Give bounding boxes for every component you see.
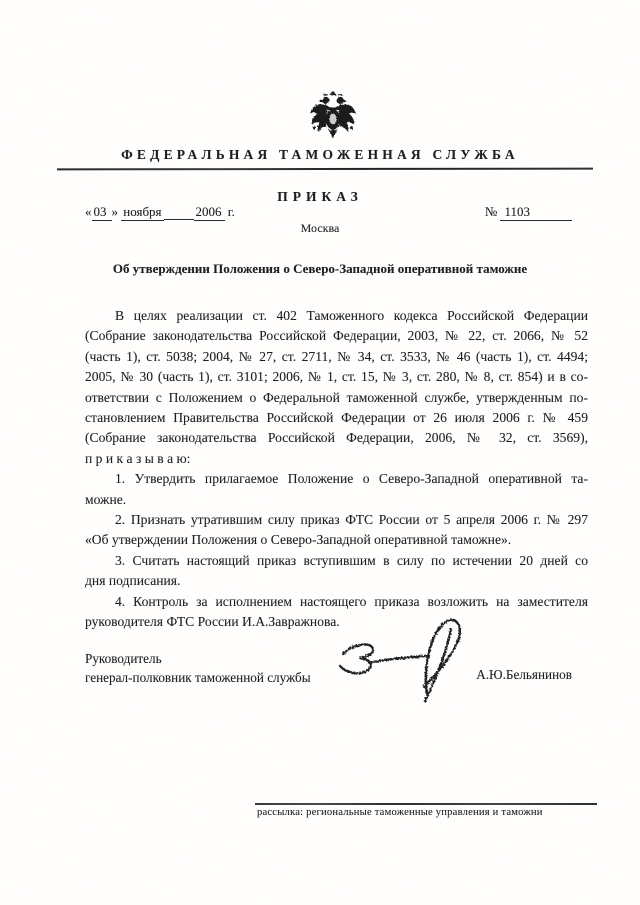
date-number-row: «03» ноября2006 г. № 1103	[85, 204, 590, 220]
signer-position: Руководитель генерал-полковник таможенно…	[85, 649, 311, 687]
order-item-4: 4. Контроль за исполнением настоящего пр…	[85, 592, 588, 612]
number-value: 1103	[500, 204, 572, 221]
close-quote: »	[112, 204, 119, 219]
order-item-3-cont: дня подписания.	[85, 571, 588, 591]
coat-of-arms-eagle-icon	[306, 89, 360, 143]
doc-type-heading: ПРИКАЗ	[0, 189, 640, 205]
order-item-2-cont: «Об утверждении Положения о Северо-Запад…	[85, 530, 588, 550]
scanned-order-page: ФЕДЕРАЛЬНАЯ ТАМОЖЕННАЯ СЛУЖБА ПРИКАЗ «03…	[0, 0, 640, 905]
city: Москва	[0, 221, 640, 236]
year-suffix: г.	[228, 204, 235, 219]
doc-date-year: 2006	[194, 204, 225, 221]
distribution-note: рассылка: региональные таможенные управл…	[257, 807, 543, 818]
org-name: ФЕДЕРАЛЬНАЯ ТАМОЖЕННАЯ СЛУЖБА	[0, 147, 640, 163]
date-blank-line	[164, 206, 194, 220]
header-rule	[57, 168, 593, 171]
body-line: ответствии с Положением о Федеральной та…	[85, 388, 588, 408]
body-line: (часть 1), ст. 5038; 2004, № 27, ст. 271…	[85, 347, 588, 367]
order-title: Об утверждении Положения о Северо-Западн…	[70, 261, 570, 277]
body-line: (Собрание законодательства Российской Фе…	[85, 428, 588, 448]
body-line: 2005, № 30 (часть 1), ст. 3101; 2006, № …	[85, 367, 588, 387]
number-label: №	[485, 204, 497, 219]
doc-date-day: 03	[92, 204, 112, 221]
order-body: В целях реализации ст. 402 Таможенного к…	[85, 306, 588, 633]
doc-number: № 1103	[485, 204, 572, 220]
signer-name: А.Ю.Бельянинов	[476, 667, 572, 683]
body-line: (Собрание законодательства Российской Фе…	[85, 326, 588, 346]
doc-date: «03» ноября2006 г.	[85, 204, 235, 220]
body-line: В целях реализации ст. 402 Таможенного к…	[85, 306, 588, 326]
signer-position-line1: Руководитель	[85, 649, 311, 668]
open-quote: «	[85, 204, 92, 219]
order-item-1: 1. Утвердить прилагаемое Положение о Сев…	[85, 469, 588, 489]
doc-date-month: ноября	[121, 204, 163, 221]
order-item-1-cont: можне.	[85, 490, 588, 510]
body-line: становлением Правительства Российской Фе…	[85, 408, 588, 428]
signer-position-line2: генерал-полковник таможенной службы	[85, 668, 311, 687]
handwritten-signature-icon	[323, 612, 481, 708]
order-item-2: 2. Признать утратившим силу приказ ФТС Р…	[85, 510, 588, 530]
order-item-3: 3. Считать настоящий приказ вступившим в…	[85, 551, 588, 571]
footer-rule	[255, 803, 597, 805]
body-line-prikazyvayu: п р и к а з ы в а ю:	[85, 449, 588, 469]
